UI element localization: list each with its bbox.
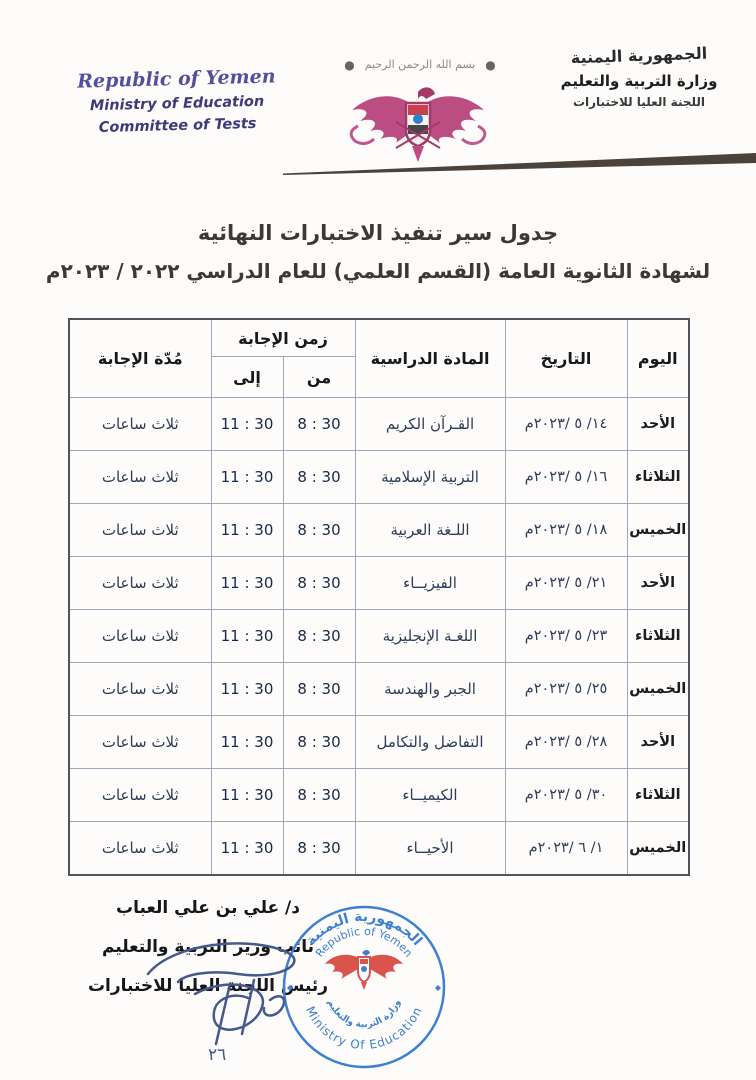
day-cell: الأحد [627,398,689,451]
table-row: الخميس ٢٥/ ٥ /٢٠٢٣م الجبر والهندسة 8 : 3… [69,663,689,716]
table-header-row-1: اليوم التاريخ المادة الدراسية زمن الإجاب… [69,319,689,357]
date-cell: ٣٠/ ٥ /٢٠٢٣م [505,769,627,822]
day-cell: الثلاثاء [627,451,689,504]
bismillah-text: بسم الله الرحمن الرحيم [365,58,476,71]
bismillah-calligraphy: ●بسم الله الرحمن الرحيم● [300,58,540,72]
date-cell: ٢٥/ ٥ /٢٠٢٣م [505,663,627,716]
signature-number-mark: ٢٦ [208,1045,226,1065]
time-from-cell: 8 : 30 [283,610,355,663]
duration-cell: ثلاث ساعات [69,769,211,822]
time-from-cell: 8 : 30 [283,716,355,769]
subject-cell: الجبر والهندسة [355,663,505,716]
document-title-line1: جدول سير تنفيذ الاختبارات النهائية [0,221,756,245]
republic-of-yemen-arabic: الجمهورية اليمنية [534,42,745,68]
exam-schedule-table: اليوم التاريخ المادة الدراسية زمن الإجاب… [68,318,690,876]
time-from-cell: 8 : 30 [283,557,355,610]
subject-cell: القـرآن الكريم [355,398,505,451]
col-header-subject: المادة الدراسية [355,319,505,398]
date-cell: ٢١/ ٥ /٢٠٢٣م [505,557,627,610]
time-to-cell: 11 : 30 [211,398,283,451]
table-row: الخميس ١/ ٦ /٢٠٢٣م الأحيــاء 8 : 30 11 :… [69,822,689,876]
signature-scribble: ٢٦ [130,922,365,1072]
time-from-cell: 8 : 30 [283,822,355,876]
subject-cell: اللـغة العربية [355,504,505,557]
day-cell: الأحد [627,716,689,769]
col-header-day: اليوم [627,319,689,398]
col-header-from: من [283,357,355,398]
date-cell: ١/ ٦ /٢٠٢٣م [505,822,627,876]
duration-cell: ثلاث ساعات [69,557,211,610]
document-page: Republic of Yemen Ministry of Education … [0,0,756,1080]
supreme-committee-exams-arabic: اللجنة العليا للاختبارات [534,95,744,109]
day-cell: الثلاثاء [627,769,689,822]
date-cell: ١٦/ ٥ /٢٠٢٣م [505,451,627,504]
time-from-cell: 8 : 30 [283,398,355,451]
table-row: الأحد ١٤/ ٥ /٢٠٢٣م القـرآن الكريم 8 : 30… [69,398,689,451]
subject-cell: التربية الإسلامية [355,451,505,504]
time-from-cell: 8 : 30 [283,663,355,716]
ministry-of-education-arabic: وزارة التربية والتعليم [534,72,744,90]
time-from-cell: 8 : 30 [283,504,355,557]
day-cell: الخميس [627,822,689,876]
col-header-to: إلى [211,357,283,398]
table-row: الخميس ١٨/ ٥ /٢٠٢٣م اللـغة العربية 8 : 3… [69,504,689,557]
subject-cell: اللغـة الإنجليزية [355,610,505,663]
header-arabic-block: الجمهورية اليمنية وزارة التربية والتعليم… [534,46,744,109]
time-to-cell: 11 : 30 [211,716,283,769]
subject-cell: الأحيــاء [355,822,505,876]
col-header-duration: مُدّة الإجابة [69,319,211,398]
day-cell: الخميس [627,504,689,557]
time-from-cell: 8 : 30 [283,769,355,822]
time-to-cell: 11 : 30 [211,769,283,822]
subject-cell: التفاضل والتكامل [355,716,505,769]
day-cell: الخميس [627,663,689,716]
duration-cell: ثلاث ساعات [69,451,211,504]
col-header-date: التاريخ [505,319,627,398]
time-to-cell: 11 : 30 [211,557,283,610]
duration-cell: ثلاث ساعات [69,610,211,663]
duration-cell: ثلاث ساعات [69,716,211,769]
date-cell: ٢٨/ ٥ /٢٠٢٣م [505,716,627,769]
duration-cell: ثلاث ساعات [69,504,211,557]
date-cell: ١٨/ ٥ /٢٠٢٣م [505,504,627,557]
header-english-block: Republic of Yemen Ministry of Education … [71,65,283,140]
duration-cell: ثلاث ساعات [69,822,211,876]
subject-cell: الفيزيــاء [355,557,505,610]
date-cell: ٢٣/ ٥ /٢٠٢٣م [505,610,627,663]
table-row: الأحد ٢٨/ ٥ /٢٠٢٣م التفاضل والتكامل 8 : … [69,716,689,769]
committee-of-tests-label: Committee of Tests [72,113,282,140]
col-header-answer-time: زمن الإجابة [211,319,355,357]
republic-of-yemen-script: Republic of Yemen [71,65,282,92]
time-to-cell: 11 : 30 [211,610,283,663]
document-title-line2: لشهادة الثانوية العامة (القسم العلمي) لل… [0,259,756,283]
date-cell: ١٤/ ٥ /٢٠٢٣م [505,398,627,451]
table-row: الثلاثاء ٣٠/ ٥ /٢٠٢٣م الكيميــاء 8 : 30 … [69,769,689,822]
decorative-dot-left: ● [475,58,505,72]
duration-cell: ثلاث ساعات [69,398,211,451]
duration-cell: ثلاث ساعات [69,663,211,716]
day-cell: الثلاثاء [627,610,689,663]
time-from-cell: 8 : 30 [283,451,355,504]
table-row: الأحد ٢١/ ٥ /٢٠٢٣م الفيزيــاء 8 : 30 11 … [69,557,689,610]
time-to-cell: 11 : 30 [211,822,283,876]
time-to-cell: 11 : 30 [211,663,283,716]
time-to-cell: 11 : 30 [211,504,283,557]
decorative-dot-right: ● [334,58,364,72]
time-to-cell: 11 : 30 [211,451,283,504]
header-divider-line [283,150,756,178]
stamp-star-right [435,985,441,991]
table-row: الثلاثاء ٢٣/ ٥ /٢٠٢٣م اللغـة الإنجليزية … [69,610,689,663]
subject-cell: الكيميــاء [355,769,505,822]
day-cell: الأحد [627,557,689,610]
table-row: الثلاثاء ١٦/ ٥ /٢٠٢٣م التربية الإسلامية … [69,451,689,504]
